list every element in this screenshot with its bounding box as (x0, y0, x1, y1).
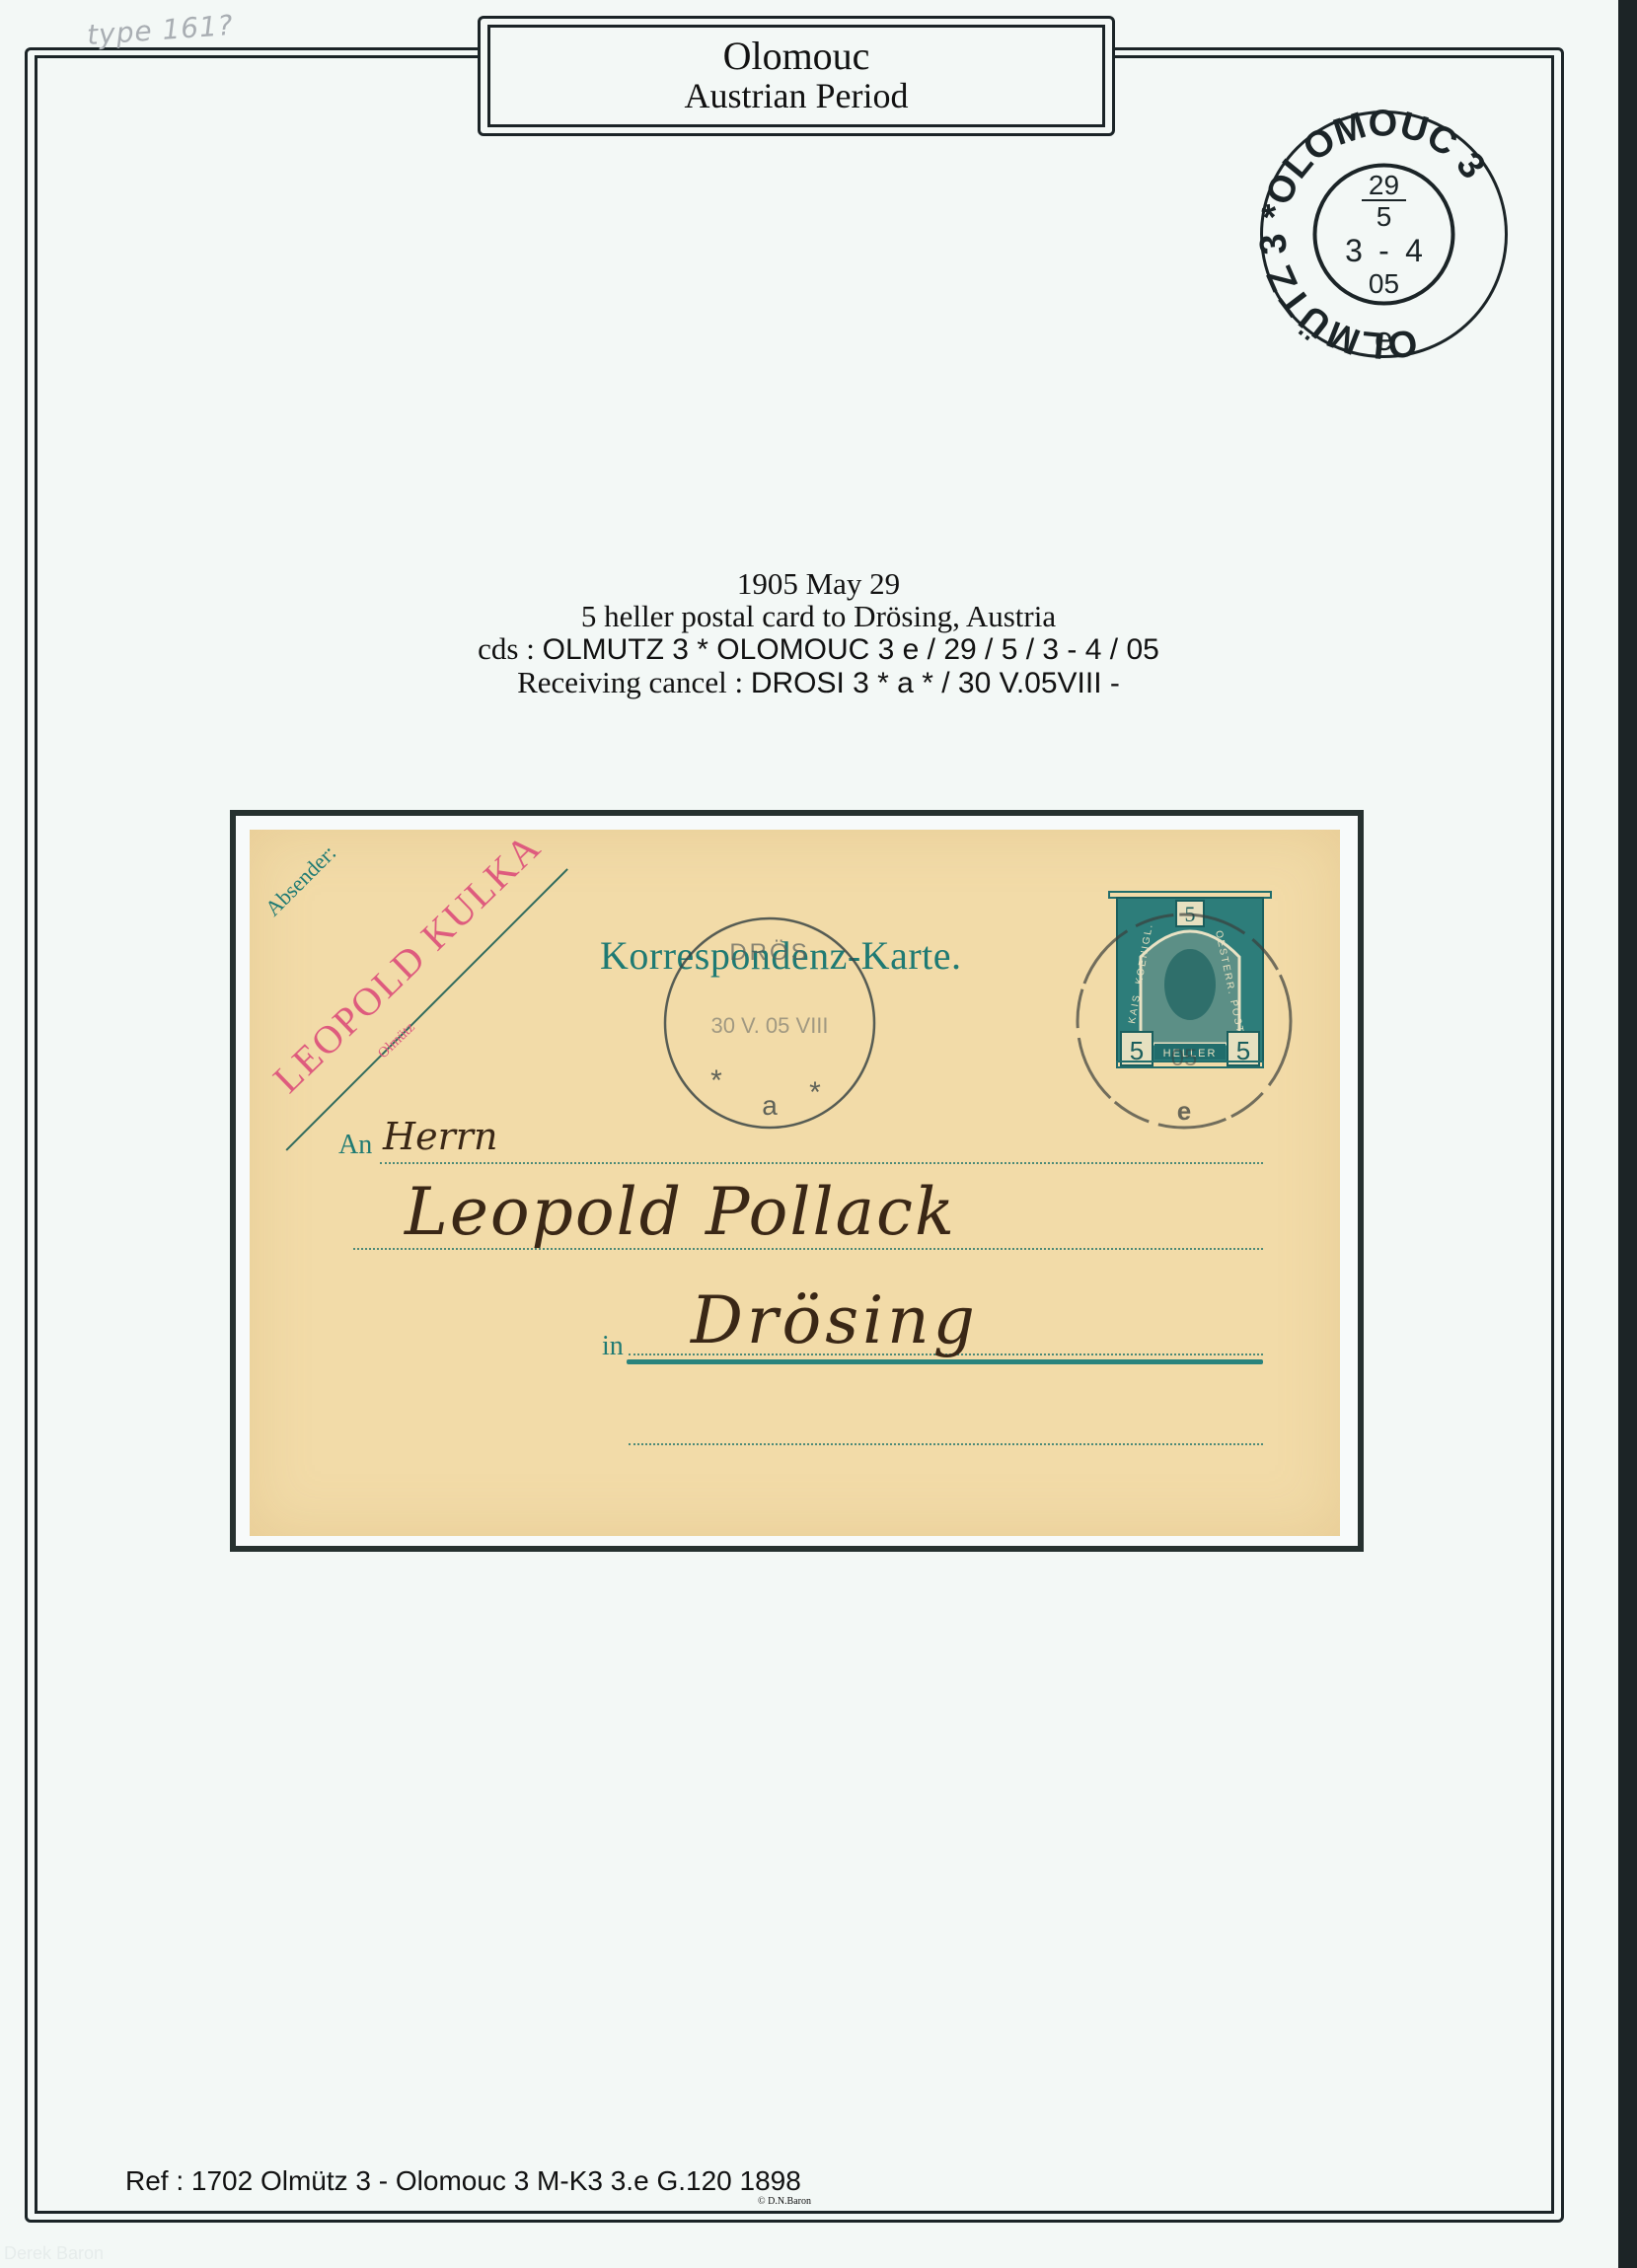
address-line-4 (629, 1443, 1263, 1445)
watermark: Derek Baron (4, 2243, 104, 2264)
page-subtitle: Austrian Period (685, 76, 909, 115)
description-receiving: Receiving cancel : DROSI 3 * a * / 30 V.… (0, 666, 1637, 699)
an-label: An (338, 1130, 372, 1161)
in-label: in (602, 1331, 624, 1362)
title-box: Olomouc Austrian Period (487, 25, 1105, 127)
cds-value: OLMUTZ 3 * OLOMOUC 3 e / 29 / 5 / 3 - 4 … (543, 633, 1159, 666)
item-description: 1905 May 29 5 heller postal card to Drös… (0, 567, 1637, 699)
postmark-letter: e (1375, 321, 1393, 358)
origin-cancel-year: 05 (1171, 1045, 1198, 1071)
description-cds: cds : OLMUTZ 3 * OLOMOUC 3 e / 29 / 5 / … (0, 632, 1637, 666)
postmark-hour-sep: - (1378, 233, 1389, 268)
postmark-year: 05 (1369, 268, 1399, 299)
postmark-month: 5 (1377, 201, 1392, 232)
handwritten-recipient-name: Leopold Pollack (405, 1174, 956, 1250)
receiving-cancel-date: 30 V. 05 VIII (710, 1013, 828, 1038)
address-line-1 (380, 1162, 1263, 1164)
receiving-cancel: DRÖS 30 V. 05 VIII * a * (659, 913, 881, 1134)
copyright: © D.N.Baron (758, 2196, 811, 2207)
postmark-hour-left: 3 (1345, 233, 1363, 268)
pencil-note: type 161? (86, 9, 235, 51)
svg-text:*: * (710, 1064, 722, 1097)
scan-edge-strip (1618, 0, 1637, 2268)
cds-label: cds : (478, 631, 542, 666)
receiving-cancel-town: DRÖS (729, 939, 809, 966)
origin-cancel-letter: e (1177, 1096, 1191, 1126)
handwritten-salutation: Herrn (383, 1115, 497, 1158)
origin-cancel: e 05 (1071, 908, 1298, 1134)
description-item: 5 heller postal card to Drösing, Austria (0, 600, 1637, 632)
postmark-day: 29 (1369, 170, 1399, 200)
receiving-value: DROSI 3 * a * / 30 V.05VIII - (751, 667, 1120, 699)
reference-note: Ref : 1702 Olmütz 3 - Olomouc 3 M-K3 3.e… (125, 2165, 801, 2197)
postmark-illustration: OLMÜTZ 3 *OLOMOUC 3 e 29 5 3 - 4 05 (1253, 104, 1515, 365)
receiving-cancel-letter: a (762, 1090, 778, 1121)
svg-text:*: * (809, 1076, 821, 1109)
description-date: 1905 May 29 (0, 567, 1637, 600)
postmark-hour-right: 4 (1405, 233, 1423, 268)
page-title: Olomouc (723, 37, 870, 76)
town-underline (627, 1359, 1263, 1364)
receiving-label: Receiving cancel : (517, 665, 751, 699)
handwritten-recipient-town: Drösing (691, 1282, 979, 1358)
